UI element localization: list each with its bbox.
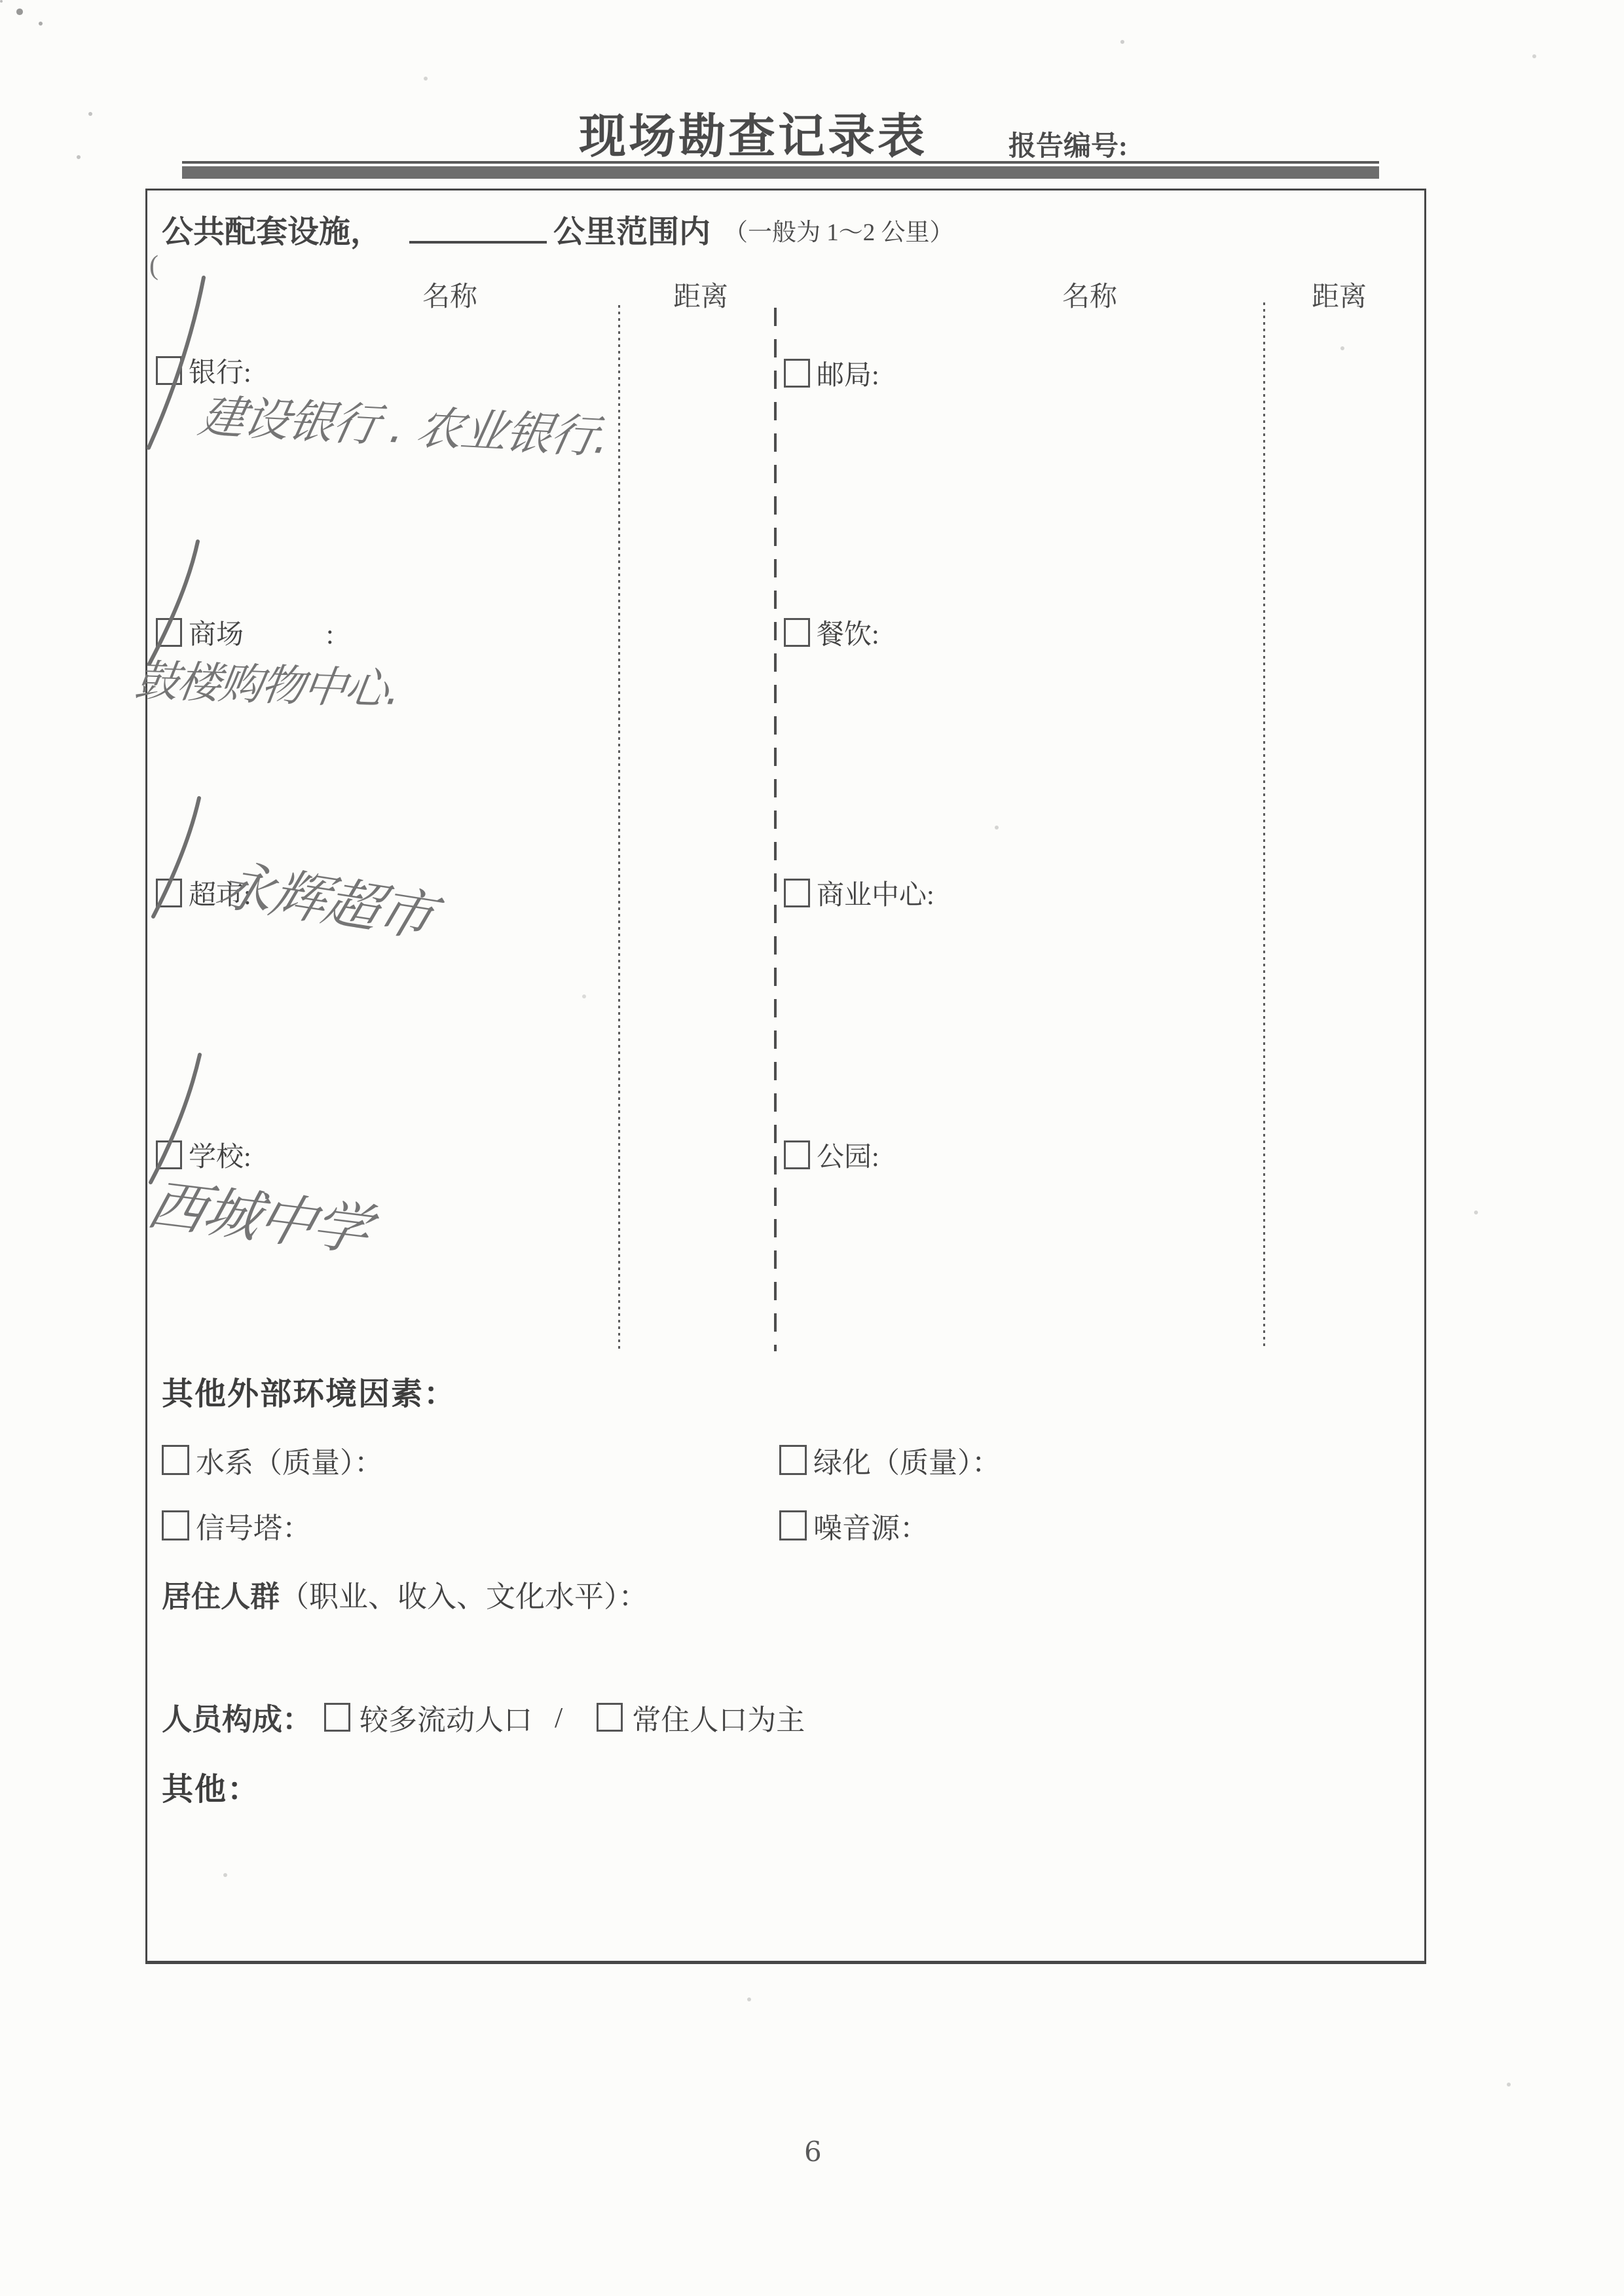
floating-population-checkbox[interactable] xyxy=(324,1703,350,1732)
park-checkbox[interactable] xyxy=(784,1140,810,1169)
col-header-name-right: 名称 xyxy=(1062,275,1117,314)
scanned-form-page: 现场勘查记录表 报告编号: 公共配套设施， 公里范围内 （一般为 1～2 公里）… xyxy=(0,0,1624,2296)
header-rule-thin xyxy=(182,161,1379,164)
checkmark-stroke-supermarket xyxy=(147,795,209,919)
signal-tower-checkbox[interactable] xyxy=(162,1510,189,1540)
residents-label-detail: （职业、收入、文化水平）： xyxy=(280,1580,648,1613)
dashed-separator-middle xyxy=(774,308,777,1351)
intro-middle: 公里范围内 xyxy=(553,206,710,251)
checkmark-stroke-mall xyxy=(143,538,208,666)
water-checkbox[interactable] xyxy=(162,1445,189,1475)
checkmark-stroke-school xyxy=(144,1051,210,1186)
dining-checkbox[interactable] xyxy=(784,618,810,647)
dining-label: 餐饮: xyxy=(817,613,879,652)
mall-label: 商场 : xyxy=(189,613,334,652)
commercial-center-label: 商业中心: xyxy=(817,873,934,913)
col-header-distance-right: 距离 xyxy=(1312,275,1367,314)
residents-line: 居住人群（职业、收入、文化水平）： xyxy=(162,1573,648,1615)
facility-row-park: 公园: xyxy=(784,1135,879,1175)
residents-label: 居住人群 xyxy=(162,1580,280,1613)
commercial-center-checkbox[interactable] xyxy=(784,879,810,907)
intro-prefix: 公共配套设施， xyxy=(162,206,382,251)
park-label: 公园: xyxy=(817,1135,879,1175)
facility-row-dining: 餐饮: xyxy=(784,613,879,652)
composition-label: 人员构成： xyxy=(162,1696,312,1739)
factor-noise-source: 噪音源： xyxy=(779,1504,929,1546)
permanent-population-checkbox[interactable] xyxy=(597,1703,623,1732)
header-rule-thick xyxy=(182,166,1379,179)
page-number: 6 xyxy=(804,2136,822,2168)
other-factors-heading: 其他外部环境因素： xyxy=(162,1368,456,1413)
greening-label: 绿化（质量）： xyxy=(813,1439,1001,1481)
permanent-population-option: 常住人口为主 xyxy=(632,1696,805,1738)
dotted-separator-left xyxy=(618,305,620,1350)
intro-note: （一般为 1～2 公里） xyxy=(724,212,954,247)
water-label: 水系（质量）： xyxy=(196,1439,383,1481)
signal-tower-label: 信号塔： xyxy=(196,1504,311,1546)
noise-source-label: 噪音源： xyxy=(813,1504,929,1546)
km-blank-field[interactable] xyxy=(409,208,547,244)
greening-checkbox[interactable] xyxy=(779,1445,807,1475)
other-label: 其他： xyxy=(162,1764,260,1809)
facility-row-commercial-center: 商业中心: xyxy=(784,873,934,913)
postoffice-checkbox[interactable] xyxy=(784,359,810,388)
col-header-distance-left: 距离 xyxy=(673,275,728,314)
col-header-name-left: 名称 xyxy=(422,275,477,314)
report-number-label: 报告编号: xyxy=(1008,124,1128,164)
dotted-separator-right xyxy=(1263,302,1265,1350)
composition-separator: / xyxy=(555,1701,563,1734)
floating-population-option: 较多流动人口 xyxy=(360,1696,532,1738)
scan-noise xyxy=(0,0,3,3)
composition-line: 人员构成： 较多流动人口 / 常住人口为主 xyxy=(162,1696,805,1739)
facility-row-postoffice: 邮局: xyxy=(784,354,879,393)
factor-greening: 绿化（质量）： xyxy=(779,1439,1001,1481)
handwriting-mall-name: 鼓楼购物中心. xyxy=(132,658,402,712)
noise-source-checkbox[interactable] xyxy=(779,1510,807,1540)
form-title: 现场勘查记录表 xyxy=(579,98,927,166)
factor-water: 水系（质量）： xyxy=(162,1439,383,1481)
postoffice-label: 邮局: xyxy=(817,354,879,393)
factor-signal-tower: 信号塔： xyxy=(162,1504,311,1546)
